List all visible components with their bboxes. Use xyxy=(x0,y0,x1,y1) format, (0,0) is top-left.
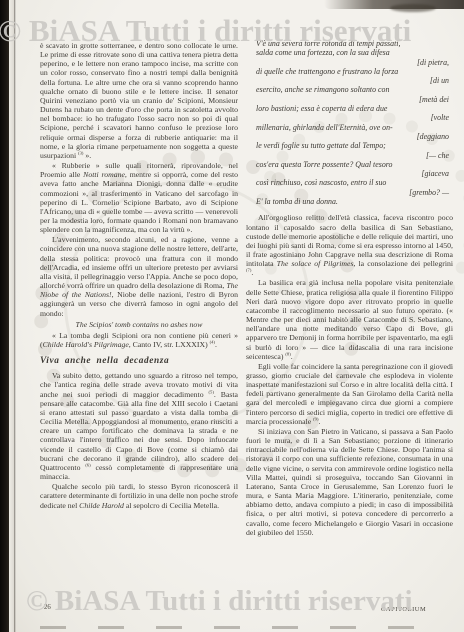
poem-line: così rinchiuso, così nascosto, entro il … xyxy=(256,178,449,187)
paragraph: « La tomba degli Scipioni ora non contie… xyxy=(40,331,238,349)
poem-line: cos'era questa Torre possente? Qual teso… xyxy=(256,160,449,169)
poem-line: di quelle che trattengono e frustrano la… xyxy=(256,67,449,76)
section-heading: Viva anche nella decadenza xyxy=(40,357,238,366)
text-segment: è scavato in grotte sotterranee, e dentr… xyxy=(40,41,238,160)
paragraph: Va subito detto, gettando uno sguardo a … xyxy=(40,371,238,481)
paragraph: Egli volle far coincidere la santa pereg… xyxy=(246,362,453,426)
poem-quote: V'è una severa torre rotonda di tempi pa… xyxy=(246,39,453,206)
right-text-column: V'è una severa torre rotonda di tempi pa… xyxy=(246,39,453,538)
left-text-column: è scavato in grotte sotterranee, e dentr… xyxy=(40,41,238,511)
poem-line: loro bastioni; essa è coperta di edera d… xyxy=(256,104,449,113)
poem-line: [volte xyxy=(256,113,449,122)
text-segment: Childe Harold's Pilgrimage xyxy=(43,340,129,349)
paragraph: Si iniziava con San Pietro in Vaticano, … xyxy=(246,427,453,537)
text-segment: Childe Harold xyxy=(79,501,124,510)
copyright-watermark-top: © BiASA Tutti i diritti riservati xyxy=(0,13,411,49)
copyright-watermark-bottom: © BiASA Tutti i diritti riservati xyxy=(26,585,413,618)
poem-line: [— che xyxy=(256,151,449,160)
poem-line: [di un xyxy=(256,76,449,85)
text-segment: La basilica era già inclusa nella popola… xyxy=(246,278,453,360)
text-segment: . xyxy=(215,340,217,349)
poem-line: esercito, anche se rimangono soltanto co… xyxy=(256,85,449,94)
poem-line: [giaceva xyxy=(256,169,449,178)
text-segment: Notti romane xyxy=(83,170,125,179)
poem-line: salda come una fortezza, con la sua dife… xyxy=(256,48,449,57)
text-segment: Va subito detto, gettando uno sguardo a … xyxy=(40,371,238,398)
poem-line: millenaria, ghirlanda dell'Eternità, ove… xyxy=(256,123,449,132)
text-segment: The solace of Pilgrimes xyxy=(277,259,354,268)
paragraph: è scavato in grotte sotterranee, e dentr… xyxy=(40,41,238,160)
scan-artifact-bottom xyxy=(40,626,420,629)
text-segment: Egli volle far coincidere la santa pereg… xyxy=(246,362,453,426)
text-segment: Si iniziava con San Pietro in Vaticano, … xyxy=(246,427,453,537)
text-segment: . xyxy=(251,268,253,277)
poem-line: [metà dei xyxy=(256,95,449,104)
text-segment: , la consolazione dei pellegrini xyxy=(354,259,454,268)
book-gutter-edge xyxy=(0,0,9,632)
paragraph: All'orgoglioso relitto dell'età classica… xyxy=(246,213,453,277)
text-segment: , Canto IV, str. LXXXIX) xyxy=(129,340,210,349)
text-segment: al sepolcro di Cecilia Metella. xyxy=(124,501,219,510)
poem-line: le verdi foglie su tutto gettate dal Tem… xyxy=(256,141,449,150)
text-segment: . xyxy=(291,352,293,361)
verse-line: The Scipios' tomb contains no ashes now xyxy=(40,320,238,329)
paragraph: La basilica era già inclusa nella popola… xyxy=(246,278,453,360)
scan-artifact-blob xyxy=(390,4,436,12)
poem-line: E' la tomba di una donna. xyxy=(256,197,449,206)
text-segment: , mentre si opporrà, come del resto avev… xyxy=(40,170,238,234)
poem-line: [deggiano xyxy=(256,132,449,141)
paragraph: L'avvenimento, secondo alcuni, ed a ragi… xyxy=(40,235,238,317)
text-segment: The Scipios' tomb contains no ashes now xyxy=(76,320,203,329)
poem-line: [grembo? — xyxy=(256,188,449,197)
text-segment: . xyxy=(319,417,321,426)
paragraph: Qualche secolo più tardi, lo stesso Byro… xyxy=(40,482,238,509)
text-segment: ». xyxy=(83,151,91,160)
text-segment: . Basta pensare alle catacombe. Già alla… xyxy=(40,390,238,472)
paragraph: « Rubberie » sulle quali ritornerà, ripr… xyxy=(40,161,238,234)
poem-line: [di pietra, xyxy=(256,58,449,67)
book-gutter-shadow xyxy=(14,0,16,632)
text-segment: L'avvenimento, secondo alcuni, ed a ragi… xyxy=(40,235,238,290)
